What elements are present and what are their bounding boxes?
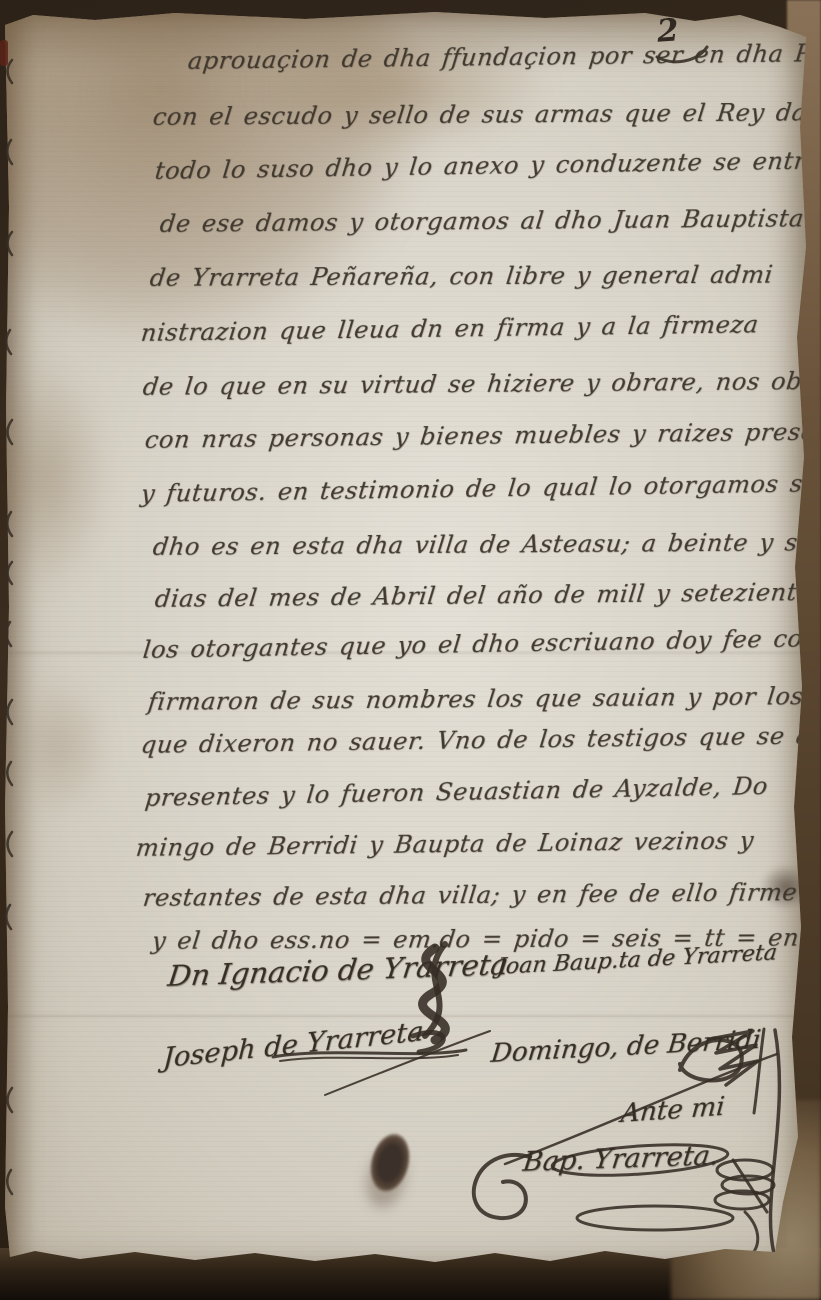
manuscript-line: nistrazion que lleua dn en firma y a la … [139,310,760,347]
manuscript-line: presentes y lo fueron Seuastian de Ayzal… [144,772,770,812]
manuscript-line: de lo que en su virtud se hiziere y obra… [141,366,821,401]
stain-top-center [245,15,555,155]
signature-domingo-berridi: Domingo, de Berridi [489,1025,762,1069]
manuscript-line: que dixeron no sauer. Vno de los testigo… [139,721,821,759]
signature-ante-mi: Ante mi [620,1092,726,1129]
manuscript-line: firmaron de sus nombres los que sauian y… [146,682,805,716]
manuscript-line: dias del mes de Abril del año de mill y … [153,578,821,613]
manuscript-line: de ese damos y otorgamos al dho Juan Bau… [158,204,805,238]
manuscript-line: los otorgantes que yo el dho escriuano d… [142,623,821,664]
signature-bap-yrarreta: Bap. Yrarreta. [521,1140,720,1178]
signature-joseph-yrarreta: Joseph de Yrarreta [162,1016,424,1074]
paper-page: 2 aprouaçion de dha ffundaçion por ser e… [5,7,806,1282]
manuscript-line: mingo de Berridi y Baupta de Loinaz vezi… [134,826,755,862]
ink-blot [364,1129,415,1196]
manuscript-photo: 2 aprouaçion de dha ffundaçion por ser e… [0,0,821,1300]
manuscript-line: aprouaçion de dha ffundaçion por ser en … [186,38,821,75]
manuscript-line: con nras personas y bienes muebles y rai… [143,417,821,454]
manuscript-line: y futuros. en testimonio de lo qual lo o… [140,469,821,508]
stain-left-lower [10,677,110,817]
manuscript-line: dho es en esta dha villa de Asteasu; a b… [151,528,821,561]
stain-left-streak [0,7,37,1282]
manuscript-line: todo lo suso dho y lo anexo y conduzente… [154,146,821,185]
manuscript-line: con el escudo y sello de sus armas que e… [151,98,821,131]
stain-left-middle [0,362,110,592]
manuscript-line: de Yrarreta Peñareña, con libre y genera… [148,261,774,292]
manuscript-line: restantes de esta dha villa; y en fee de… [141,878,799,912]
paper-crease [5,1015,806,1017]
